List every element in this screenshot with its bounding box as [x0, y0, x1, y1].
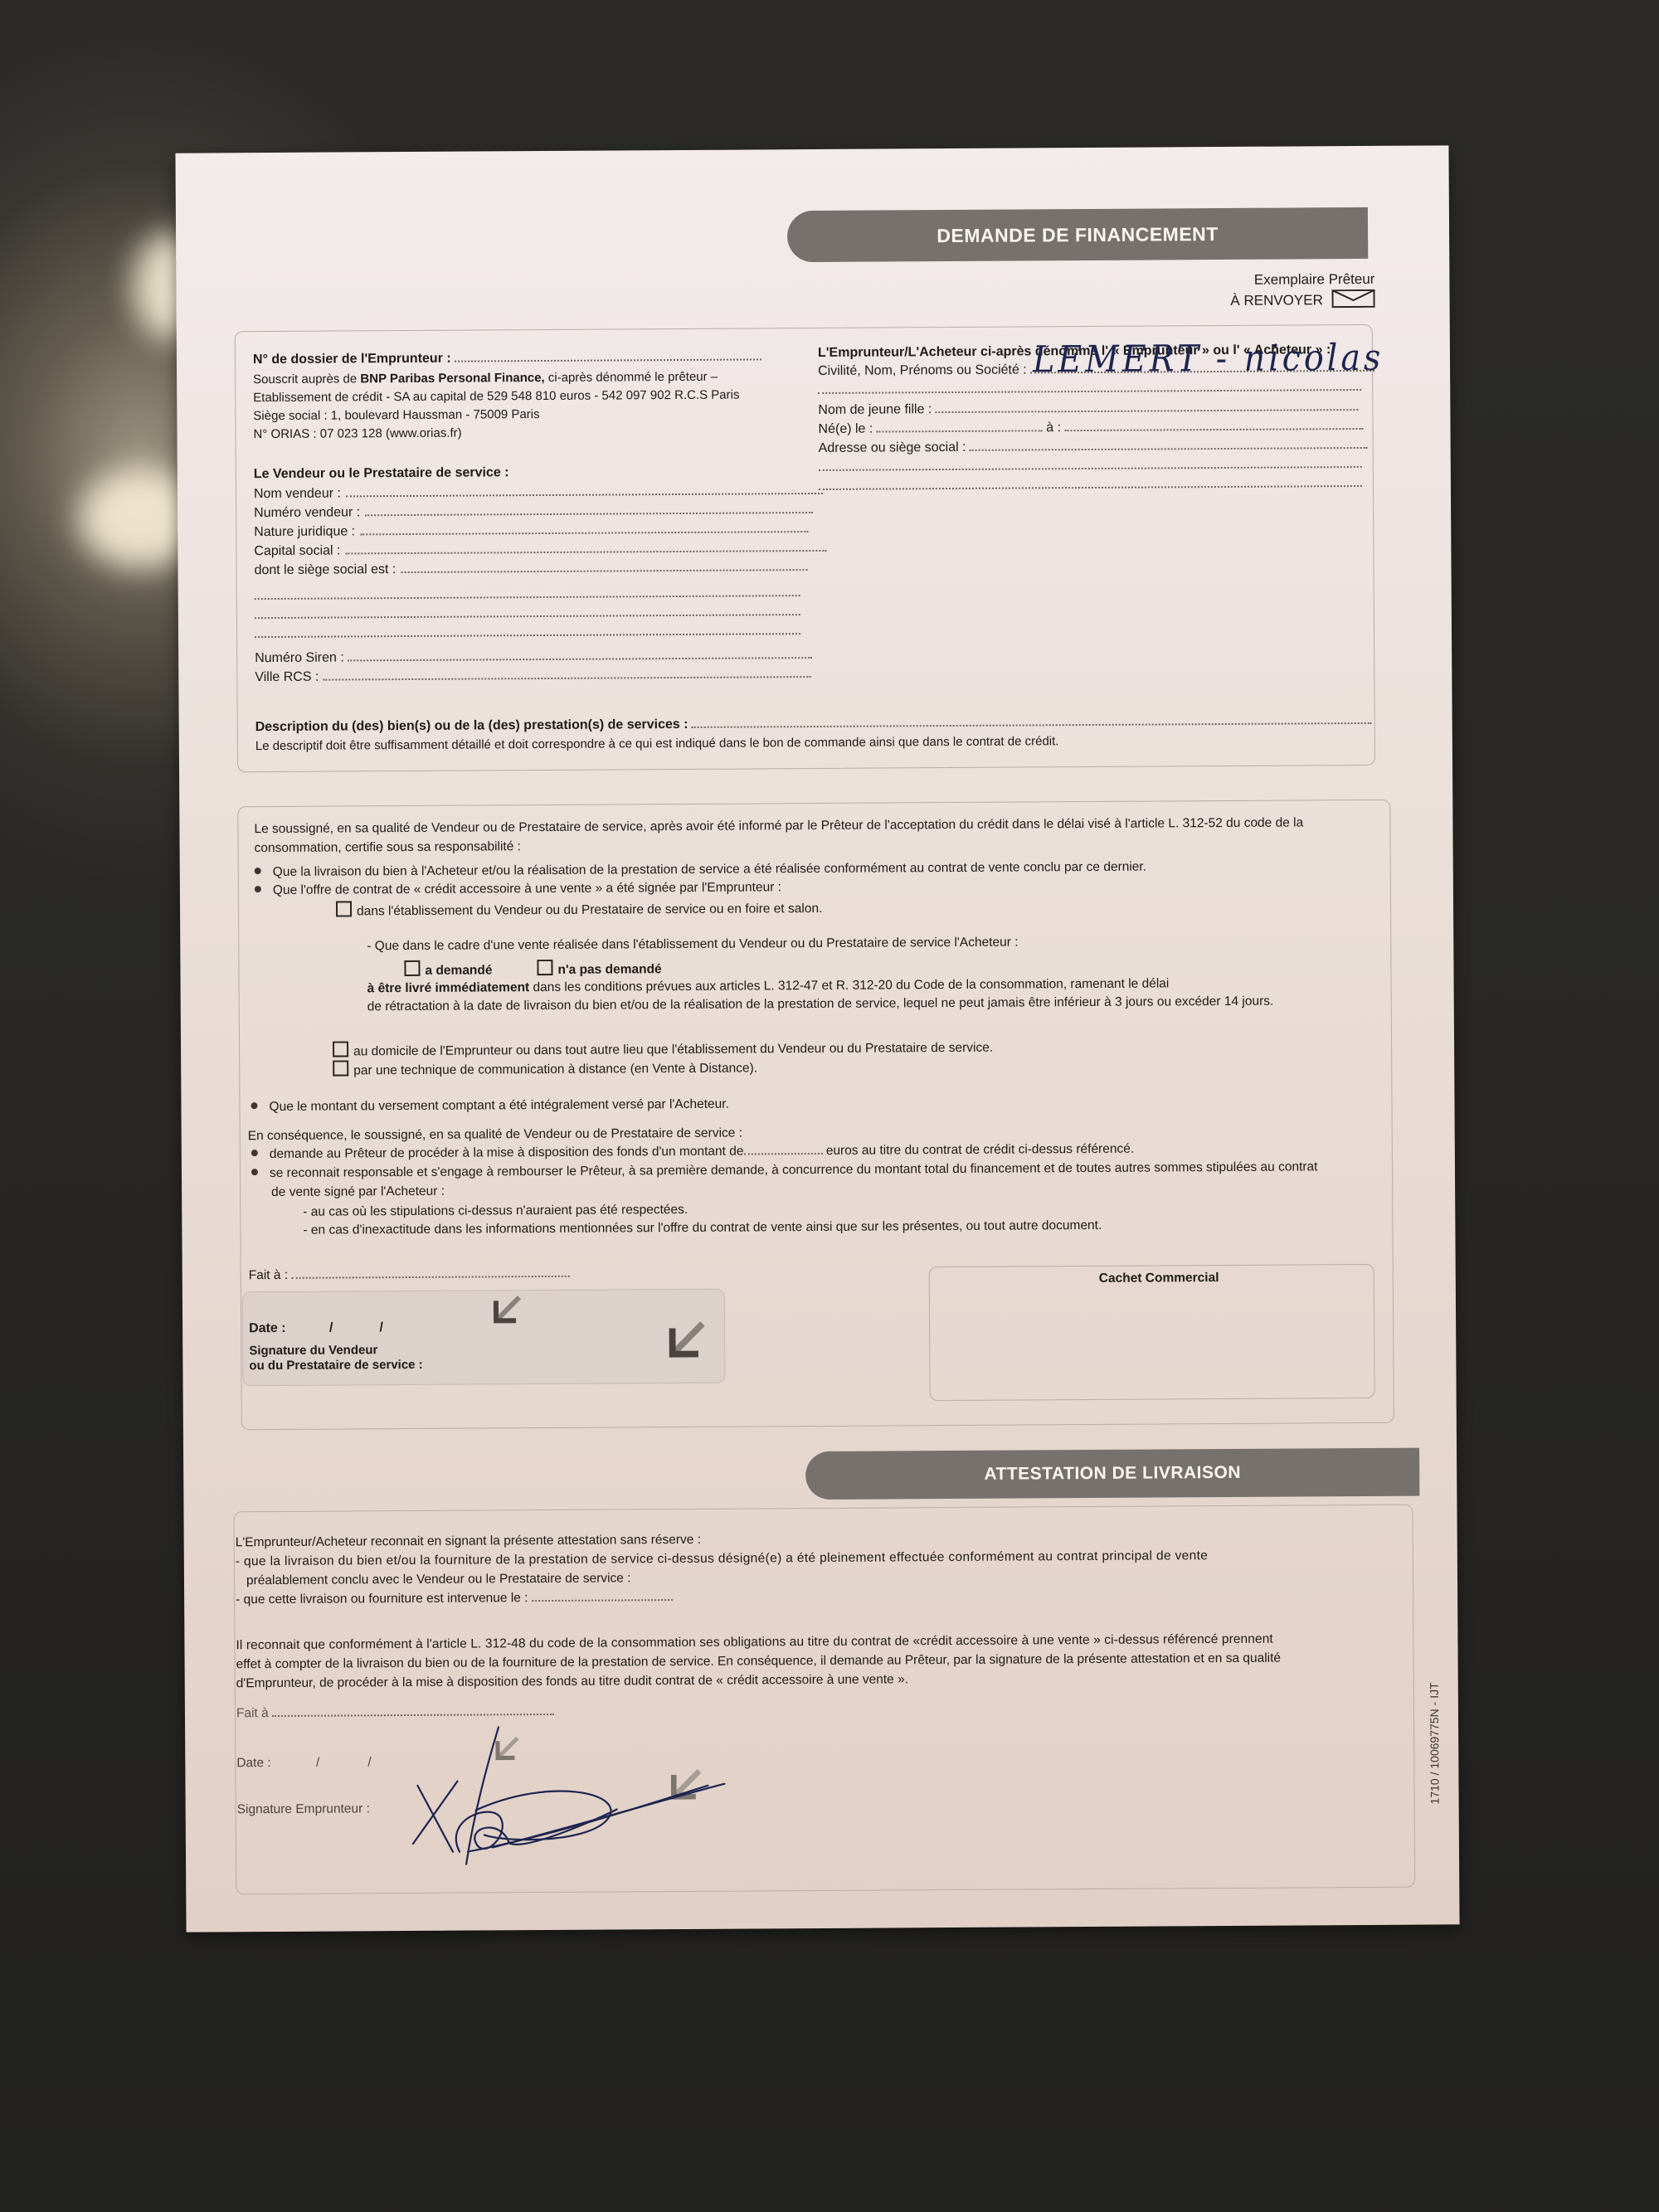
made-at-row: Fait à :	[249, 1266, 570, 1284]
seller-date-row[interactable]: Date : //	[249, 1320, 383, 1337]
seller-field-row: Nature juridique :	[254, 521, 808, 541]
seller-field-row: Nom vendeur :	[254, 483, 823, 503]
subscribed-suffix: ci-après dénommé le prêteur –	[545, 370, 718, 385]
siren-field[interactable]	[348, 649, 812, 661]
attestation-made-at-label: Fait à	[236, 1706, 269, 1720]
attestation-title: ATTESTATION DE LIVRAISON	[984, 1463, 1241, 1485]
seller-field-input[interactable]	[360, 523, 808, 535]
file-number-label: N° de dossier de l'Emprunteur :	[253, 348, 761, 368]
seller-field-input[interactable]	[401, 561, 807, 573]
lender-name: BNP Paribas Personal Finance,	[360, 371, 544, 386]
address-line-3[interactable]	[819, 475, 1362, 495]
funds-text-after: euros au titre du contrat de crédit ci-d…	[826, 1142, 1134, 1158]
born-label: Né(e) le :	[818, 422, 873, 436]
seller-address-line[interactable]	[255, 585, 800, 605]
borrower-signature-label: Signature Emprunteur :	[237, 1801, 370, 1817]
file-number-text: N° de dossier de l'Emprunteur :	[253, 352, 451, 367]
sign-here-arrow-icon	[664, 1320, 707, 1363]
checkbox-establishment[interactable]	[336, 901, 352, 916]
seller-field-row: Capital social :	[254, 540, 826, 560]
made-at-label: Fait à :	[249, 1268, 288, 1282]
attestation-made-at-field[interactable]	[272, 1705, 554, 1717]
seller-field-input[interactable]	[345, 542, 826, 555]
bullet-icon	[251, 1102, 257, 1109]
seller-signature-label-2: ou du Prestataire de service :	[249, 1358, 422, 1374]
checkbox-distance[interactable]	[333, 1060, 348, 1076]
date-slash: /	[379, 1320, 383, 1334]
date-slash: /	[329, 1321, 333, 1335]
siren-label: Numéro Siren :	[255, 650, 344, 665]
envelope-icon	[1331, 289, 1374, 308]
attestation-item-2: - que cette livraison ou fourniture est …	[236, 1589, 673, 1608]
seller-signature-label-1: Signature du Vendeur	[249, 1343, 377, 1359]
born-at-label: à :	[1046, 421, 1061, 435]
document-title: DEMANDE DE FINANCEMENT	[937, 223, 1219, 247]
checkbox-home[interactable]	[333, 1041, 348, 1057]
immediate-delivery-bold: à être livré immédiatement	[367, 980, 530, 995]
seller-field-label: Nature juridique :	[254, 524, 355, 539]
address-field[interactable]	[970, 439, 1368, 451]
civility-line-2[interactable]	[818, 379, 1361, 399]
commercial-stamp-label: Cachet Commercial	[1099, 1270, 1219, 1286]
bullet-offer-text: Que l'offre de contrat de « crédit acces…	[273, 880, 781, 897]
delivery-date-field[interactable]	[532, 1591, 673, 1602]
address-label: Adresse ou siège social :	[819, 440, 966, 455]
option-requested[interactable]: a demandé	[404, 960, 492, 979]
attestation-item-1-cont: préalablement conclu avec le Vendeur ou …	[246, 1570, 631, 1588]
date-slash: /	[316, 1756, 319, 1770]
funds-text-before: demande au Prêteur de procéder à la mise…	[270, 1145, 744, 1161]
seller-field-input[interactable]	[346, 484, 823, 498]
address-row: Adresse ou siège social :	[819, 437, 1368, 457]
option-distance[interactable]: par une technique de communication à dis…	[333, 1057, 757, 1079]
rcs-row: Ville RCS :	[255, 666, 810, 686]
attestation-date-label: Date :	[236, 1756, 270, 1770]
checkbox-requested[interactable]	[404, 960, 420, 976]
seller-address-line[interactable]	[255, 604, 800, 624]
return-label: À RENVOYER	[1230, 289, 1374, 309]
certification-intro-2: consommation, certifie sous sa responsab…	[255, 839, 521, 856]
immediate-delivery-rest: dans les conditions prévues aux articles…	[529, 976, 1169, 994]
date-slash: /	[367, 1755, 371, 1769]
rcs-field[interactable]	[323, 668, 810, 681]
reference-code: 1710 / 10069775N - IJT	[1428, 1682, 1442, 1804]
seller-field-row: dont le siège social est :	[254, 559, 807, 579]
lender-company-line: Etablissement de crédit - SA au capital …	[253, 388, 739, 406]
lender-subscribed-line: Souscrit auprès de BNP Paribas Personal …	[253, 370, 718, 388]
made-at-field[interactable]	[291, 1267, 569, 1279]
bullet-offer-signed: Que l'offre de contrat de « crédit acces…	[255, 879, 781, 898]
born-date-field[interactable]	[877, 421, 1043, 432]
option-distance-label: par une technique de communication à dis…	[353, 1061, 757, 1077]
bullet-icon	[255, 886, 261, 892]
born-place-field[interactable]	[1064, 420, 1363, 431]
case-stipulations: - au cas où les stipulations ci-dessus n…	[303, 1202, 688, 1220]
sign-here-arrow-icon	[489, 1294, 523, 1327]
bullet-down-payment: Que le montant du versement comptant a é…	[251, 1096, 728, 1116]
civility-handwritten-value[interactable]: LEMERT - nicolas	[1033, 337, 1384, 382]
subscribed-prefix: Souscrit auprès de	[253, 372, 360, 386]
born-row: Né(e) le : à :	[818, 418, 1363, 438]
financing-request-form: DEMANDE DE FINANCEMENT Exemplaire Prêteu…	[175, 145, 1459, 1932]
seller-field-label: Nom vendeur :	[254, 486, 341, 501]
maiden-name-row: Nom de jeune fille :	[818, 399, 1359, 419]
consequence-intro: En conséquence, le soussigné, en sa qual…	[248, 1125, 742, 1145]
lender-orias: N° ORIAS : 07 023 128 (www.orias.fr)	[253, 426, 461, 443]
attestation-date-row[interactable]: Date : //	[236, 1754, 371, 1771]
file-number-field[interactable]	[455, 350, 761, 362]
bullet-icon	[251, 1169, 258, 1175]
option-requested-label: a demandé	[425, 963, 492, 977]
attestation-intro: L'Emprunteur/Acheteur reconnait en signa…	[236, 1532, 701, 1551]
rcs-label: Ville RCS :	[255, 670, 319, 684]
option-not-requested-label: n'a pas demandé	[557, 962, 661, 977]
checkbox-not-requested[interactable]	[537, 960, 552, 975]
bullet-down-payment-text: Que le montant du versement comptant a é…	[269, 1097, 728, 1114]
option-not-requested[interactable]: n'a pas demandé	[537, 959, 661, 978]
seller-heading: Le Vendeur ou le Prestataire de service …	[254, 464, 509, 483]
option-home-label: au domicile de l'Emprunteur ou dans tout…	[353, 1041, 993, 1059]
civility-label: Civilité, Nom, Prénoms ou Société :	[818, 362, 1027, 378]
attestation-banner: ATTESTATION DE LIVRAISON	[805, 1448, 1419, 1500]
return-text: À RENVOYER	[1230, 292, 1323, 309]
bullet-icon	[251, 1150, 258, 1156]
description-field[interactable]	[692, 714, 1372, 728]
consequence-responsible-cont: de vente signé par l'Acheteur :	[271, 1184, 445, 1201]
maiden-name-field[interactable]	[936, 401, 1359, 413]
seller-address-line[interactable]	[255, 623, 800, 643]
seller-field-label: dont le siège social est :	[254, 562, 396, 577]
seller-field-label: Numéro vendeur :	[254, 505, 360, 520]
maiden-name-label: Nom de jeune fille :	[818, 402, 932, 417]
description-label: Description du (des) bien(s) ou de la (d…	[255, 717, 688, 734]
option-establishment[interactable]: dans l'établissement du Vendeur ou du Pr…	[336, 898, 822, 920]
bullet-icon	[255, 868, 261, 874]
title-banner: DEMANDE DE FINANCEMENT	[787, 207, 1368, 262]
seller-field-label: Capital social :	[254, 544, 340, 559]
address-line-2[interactable]	[819, 456, 1362, 476]
delivery-date-label: - que cette livraison ou fourniture est …	[236, 1591, 528, 1607]
seller-field-row: Numéro vendeur :	[254, 502, 813, 522]
copy-label: Exemplaire Prêteur	[1254, 270, 1375, 289]
seller-field-input[interactable]	[365, 503, 813, 516]
funds-amount-field[interactable]	[743, 1145, 822, 1155]
seller-date-label: Date :	[249, 1321, 286, 1335]
lender-head-office: Siège social : 1, boulevard Haussman - 7…	[253, 407, 539, 425]
siren-row: Numéro Siren :	[255, 647, 812, 667]
option-establishment-label: dans l'établissement du Vendeur ou du Pr…	[357, 902, 822, 918]
borrower-signature[interactable]	[409, 1717, 758, 1869]
